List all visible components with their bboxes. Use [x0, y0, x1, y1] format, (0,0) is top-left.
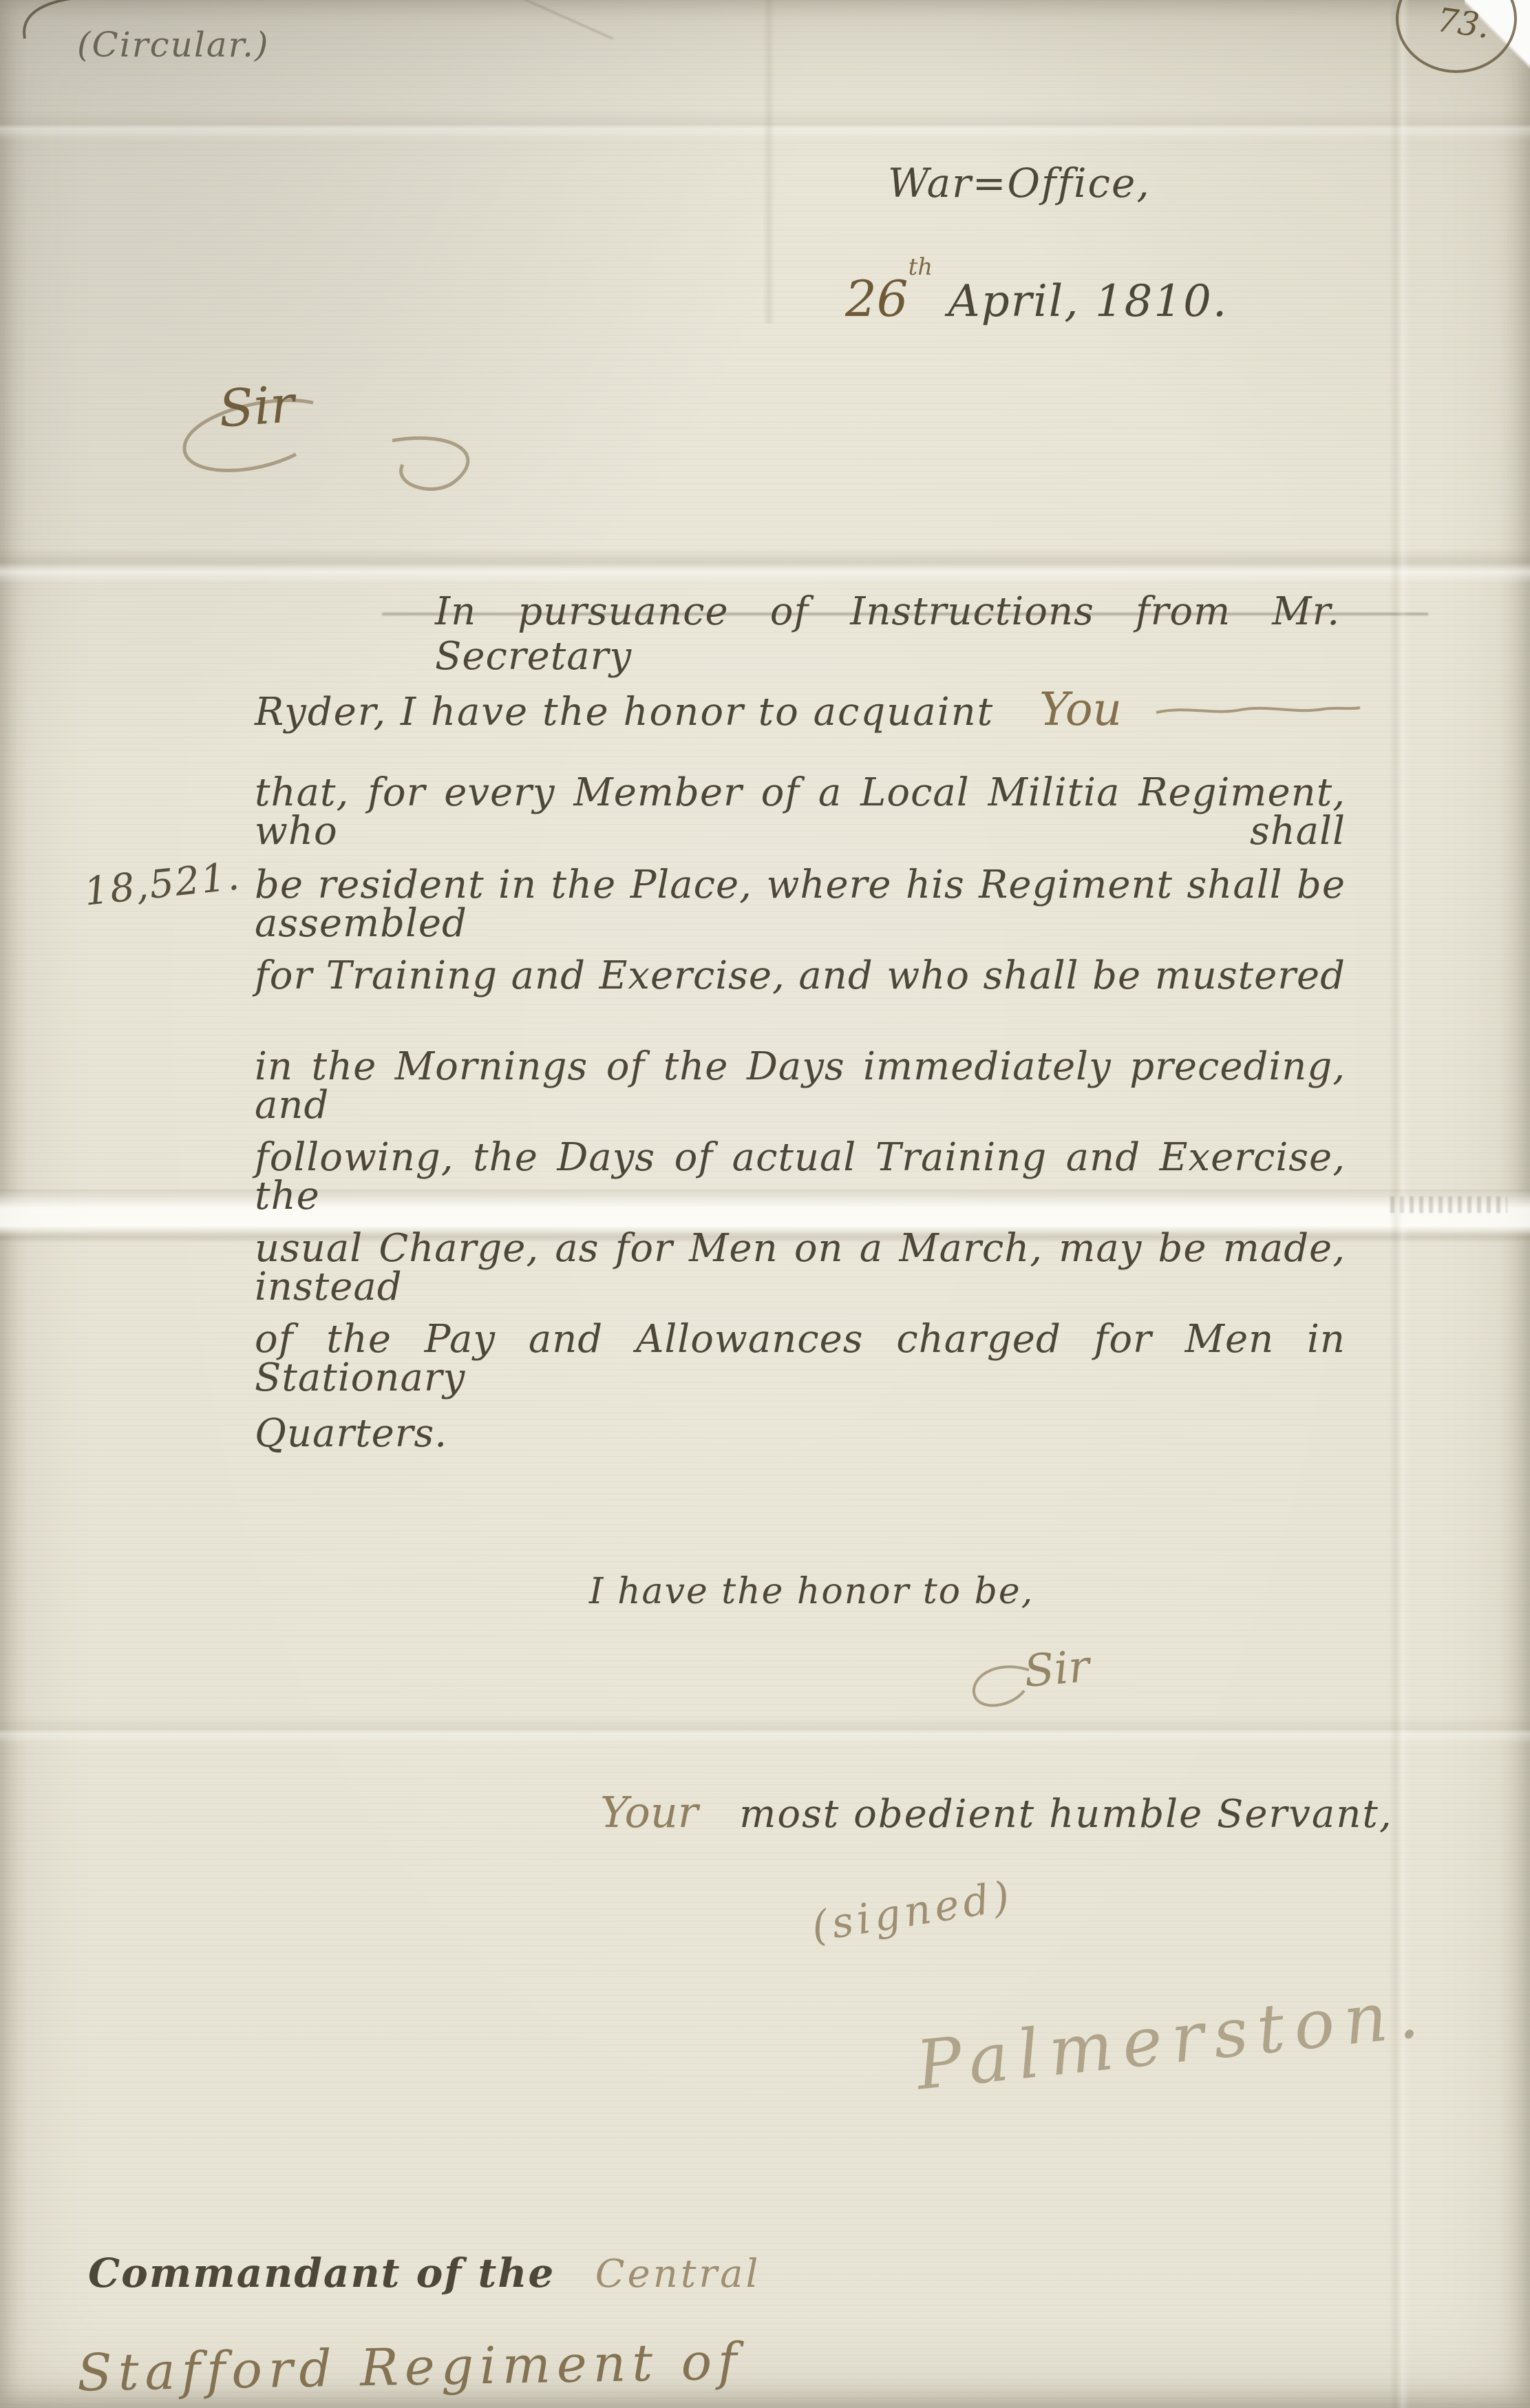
vertical-crease-top [763, 0, 775, 324]
signed-note: (signed) [808, 1872, 1017, 1951]
pen-stroke-corner [6, 0, 81, 44]
salutation: Sir [217, 374, 296, 439]
fold-crease-upper [0, 548, 1530, 584]
closing-your-manuscript: Your [600, 1787, 698, 1837]
date-printed: April, 1810. [933, 276, 1228, 327]
address-printed: Commandant of the [88, 2250, 555, 2296]
body-line: of the Pay and Allowances charged for Me… [255, 1320, 1346, 1397]
fold-crease-top [0, 110, 1530, 140]
circular-label: (Circular.) [77, 25, 269, 65]
date-day-manuscript: 26 [845, 270, 909, 328]
closing-honor-line: I have the honor to be, [589, 1571, 1034, 1612]
salutation-flourish [165, 389, 496, 492]
ink-smudge [1390, 1196, 1507, 1213]
body-line: following, the Days of actual Training a… [255, 1139, 1346, 1216]
diagonal-crease-top [474, 0, 613, 40]
body-indent-line: In pursuance of Instructions from Mr. Se… [435, 589, 1340, 679]
war-office-line: War=Office, [888, 160, 1151, 207]
body-acquaint-printed: Ryder, I have the honor to acquaint [255, 690, 994, 735]
address-unit-manuscript: Central [595, 2252, 761, 2296]
body-acquaint-manuscript: You [1039, 683, 1122, 736]
address-line-1: Commandant of the Central [88, 2250, 761, 2296]
body-line: in the Mornings of the Days immediately … [255, 1048, 1346, 1125]
body-line: that, for every Member of a Local Militi… [255, 774, 1346, 851]
address-line-2: Stafford Regiment of [76, 2332, 743, 2403]
letter-scan: 73. (Circular.) War=Office, 26th April, … [0, 0, 1530, 2408]
body-line: for Training and Exercise, and who shall… [255, 957, 1346, 995]
signature: Palmerston. [913, 1974, 1432, 2105]
fold-crease-lower [0, 1715, 1530, 1744]
body-last-line: Quarters. [255, 1411, 447, 1456]
body-line: be resident in the Place, where his Regi… [255, 866, 1346, 943]
closing-servant-printed: most obedient humble Servant, [739, 1792, 1392, 1837]
closing-servant-line: Your most obedient humble Servant, [600, 1787, 1393, 1837]
closing-sir-flourish [964, 1658, 1039, 1713]
body-acquaint-line: Ryder, I have the honor to acquaint You [255, 683, 1349, 736]
body-line: usual Charge, as for Men on a March, may… [255, 1229, 1346, 1307]
ink-dash [1155, 701, 1361, 719]
date-ordinal: th [909, 253, 933, 281]
date-line: 26th April, 1810. [845, 253, 1228, 328]
margin-number: 18,521. [82, 854, 242, 914]
docket-number: 73. [1434, 1, 1491, 46]
